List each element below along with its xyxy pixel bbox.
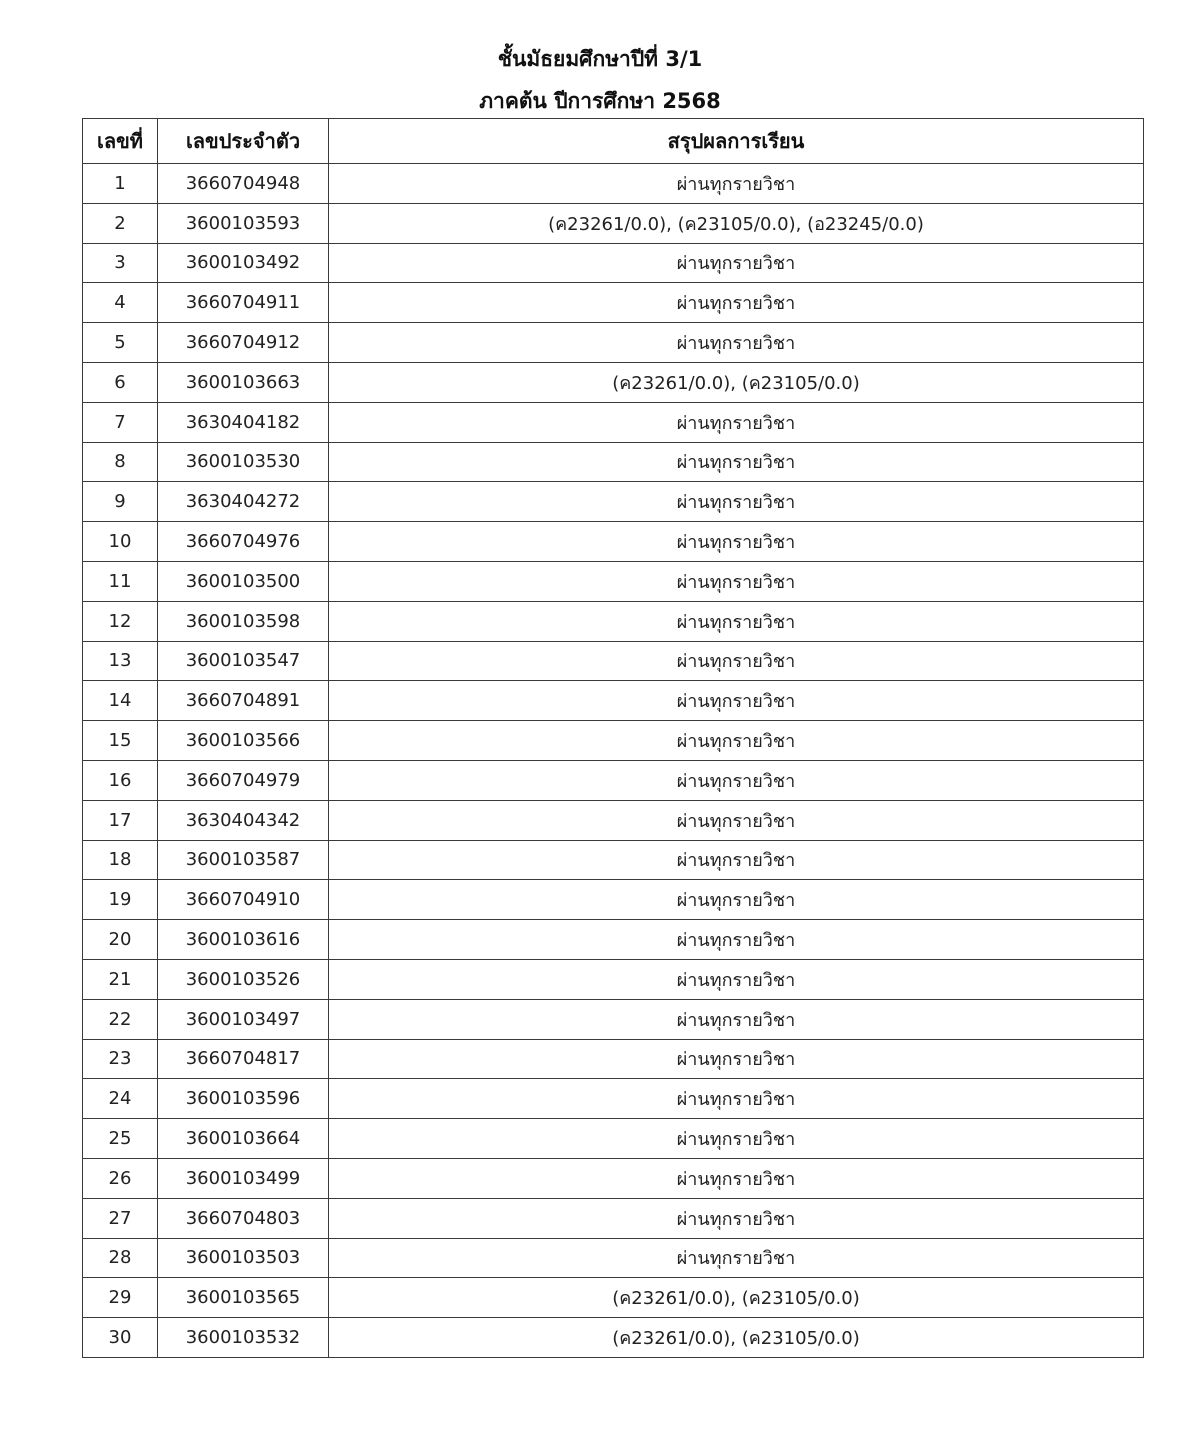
cell-student-id: 3600103664 — [158, 1119, 329, 1159]
cell-result-summary: ผ่านทุกรายวิชา — [329, 1158, 1144, 1198]
table-row: 203600103616ผ่านทุกรายวิชา — [83, 920, 1144, 960]
cell-student-id: 3660704948 — [158, 164, 329, 204]
cell-student-id: 3660704817 — [158, 1039, 329, 1079]
cell-number: 27 — [83, 1198, 158, 1238]
table-row: 193660704910ผ่านทุกรายวิชา — [83, 880, 1144, 920]
table-row: 213600103526ผ่านทุกรายวิชา — [83, 959, 1144, 999]
cell-number: 28 — [83, 1238, 158, 1278]
cell-result-summary: ผ่านทุกรายวิชา — [329, 800, 1144, 840]
cell-result-summary: ผ่านทุกรายวิชา — [329, 243, 1144, 283]
cell-student-id: 3600103565 — [158, 1278, 329, 1318]
cell-student-id: 3600103547 — [158, 641, 329, 681]
cell-result-summary: ผ่านทุกรายวิชา — [329, 482, 1144, 522]
cell-result-summary: ผ่านทุกรายวิชา — [329, 641, 1144, 681]
cell-number: 30 — [83, 1318, 158, 1358]
cell-student-id: 3660704911 — [158, 283, 329, 323]
table-row: 153600103566ผ่านทุกรายวิชา — [83, 721, 1144, 761]
document-title-class: ชั้นมัธยมศึกษาปีที่ 3/1 — [0, 44, 1200, 74]
table-row: 223600103497ผ่านทุกรายวิชา — [83, 999, 1144, 1039]
table-row: 73630404182ผ่านทุกรายวิชา — [83, 402, 1144, 442]
results-table: เลขที่ เลขประจำตัว สรุปผลการเรียน 136607… — [82, 118, 1144, 1358]
cell-result-summary: ผ่านทุกรายวิชา — [329, 1039, 1144, 1079]
cell-student-id: 3600103532 — [158, 1318, 329, 1358]
cell-student-id: 3600103566 — [158, 721, 329, 761]
cell-number: 13 — [83, 641, 158, 681]
cell-number: 9 — [83, 482, 158, 522]
table-row: 23600103593(ค23261/0.0), (ค23105/0.0), (… — [83, 203, 1144, 243]
cell-number: 15 — [83, 721, 158, 761]
cell-result-summary: ผ่านทุกรายวิชา — [329, 164, 1144, 204]
cell-number: 17 — [83, 800, 158, 840]
cell-number: 1 — [83, 164, 158, 204]
cell-result-summary: (ค23261/0.0), (ค23105/0.0) — [329, 362, 1144, 402]
table-row: 113600103500ผ่านทุกรายวิชา — [83, 561, 1144, 601]
cell-number: 20 — [83, 920, 158, 960]
table-row: 93630404272ผ่านทุกรายวิชา — [83, 482, 1144, 522]
cell-student-id: 3660704976 — [158, 522, 329, 562]
cell-result-summary: (ค23261/0.0), (ค23105/0.0) — [329, 1278, 1144, 1318]
cell-number: 3 — [83, 243, 158, 283]
cell-number: 26 — [83, 1158, 158, 1198]
cell-result-summary: ผ่านทุกรายวิชา — [329, 283, 1144, 323]
cell-student-id: 3660704803 — [158, 1198, 329, 1238]
cell-result-summary: ผ่านทุกรายวิชา — [329, 681, 1144, 721]
cell-student-id: 3600103598 — [158, 601, 329, 641]
cell-number: 16 — [83, 760, 158, 800]
cell-student-id: 3600103616 — [158, 920, 329, 960]
cell-student-id: 3600103587 — [158, 840, 329, 880]
results-table-header: เลขที่ เลขประจำตัว สรุปผลการเรียน — [83, 119, 1144, 164]
table-row: 63600103663(ค23261/0.0), (ค23105/0.0) — [83, 362, 1144, 402]
cell-result-summary: ผ่านทุกรายวิชา — [329, 1119, 1144, 1159]
cell-result-summary: ผ่านทุกรายวิชา — [329, 920, 1144, 960]
cell-number: 5 — [83, 323, 158, 363]
cell-result-summary: ผ่านทุกรายวิชา — [329, 880, 1144, 920]
cell-number: 7 — [83, 402, 158, 442]
cell-result-summary: ผ่านทุกรายวิชา — [329, 999, 1144, 1039]
cell-number: 25 — [83, 1119, 158, 1159]
document-title-term: ภาคต้น ปีการศึกษา 2568 — [0, 86, 1200, 116]
table-row: 283600103503ผ่านทุกรายวิชา — [83, 1238, 1144, 1278]
cell-number: 12 — [83, 601, 158, 641]
table-row: 303600103532(ค23261/0.0), (ค23105/0.0) — [83, 1318, 1144, 1358]
table-row: 173630404342ผ่านทุกรายวิชา — [83, 800, 1144, 840]
cell-student-id: 3660704979 — [158, 760, 329, 800]
cell-number: 18 — [83, 840, 158, 880]
cell-result-summary: ผ่านทุกรายวิชา — [329, 402, 1144, 442]
cell-result-summary: ผ่านทุกรายวิชา — [329, 1079, 1144, 1119]
cell-result-summary: ผ่านทุกรายวิชา — [329, 840, 1144, 880]
table-row: 293600103565(ค23261/0.0), (ค23105/0.0) — [83, 1278, 1144, 1318]
cell-student-id: 3600103530 — [158, 442, 329, 482]
cell-student-id: 3600103663 — [158, 362, 329, 402]
cell-result-summary: ผ่านทุกรายวิชา — [329, 561, 1144, 601]
cell-number: 4 — [83, 283, 158, 323]
cell-number: 2 — [83, 203, 158, 243]
cell-student-id: 3600103499 — [158, 1158, 329, 1198]
cell-number: 6 — [83, 362, 158, 402]
cell-number: 29 — [83, 1278, 158, 1318]
table-row: 183600103587ผ่านทุกรายวิชา — [83, 840, 1144, 880]
cell-number: 11 — [83, 561, 158, 601]
table-row: 143660704891ผ่านทุกรายวิชา — [83, 681, 1144, 721]
header-row: เลขที่ เลขประจำตัว สรุปผลการเรียน — [83, 119, 1144, 164]
cell-student-id: 3600103593 — [158, 203, 329, 243]
cell-student-id: 3630404272 — [158, 482, 329, 522]
cell-student-id: 3600103497 — [158, 999, 329, 1039]
table-row: 273660704803ผ่านทุกรายวิชา — [83, 1198, 1144, 1238]
column-header-result-summary: สรุปผลการเรียน — [329, 119, 1144, 164]
cell-student-id: 3660704891 — [158, 681, 329, 721]
cell-number: 21 — [83, 959, 158, 999]
column-header-number: เลขที่ — [83, 119, 158, 164]
cell-student-id: 3630404182 — [158, 402, 329, 442]
table-row: 103660704976ผ่านทุกรายวิชา — [83, 522, 1144, 562]
cell-result-summary: ผ่านทุกรายวิชา — [329, 1198, 1144, 1238]
cell-result-summary: ผ่านทุกรายวิชา — [329, 522, 1144, 562]
cell-number: 22 — [83, 999, 158, 1039]
table-row: 43660704911ผ่านทุกรายวิชา — [83, 283, 1144, 323]
table-row: 233660704817ผ่านทุกรายวิชา — [83, 1039, 1144, 1079]
table-row: 243600103596ผ่านทุกรายวิชา — [83, 1079, 1144, 1119]
cell-result-summary: ผ่านทุกรายวิชา — [329, 442, 1144, 482]
table-row: 253600103664ผ่านทุกรายวิชา — [83, 1119, 1144, 1159]
cell-student-id: 3630404342 — [158, 800, 329, 840]
cell-number: 19 — [83, 880, 158, 920]
cell-student-id: 3600103503 — [158, 1238, 329, 1278]
cell-result-summary: ผ่านทุกรายวิชา — [329, 323, 1144, 363]
cell-student-id: 3600103596 — [158, 1079, 329, 1119]
results-table-body: 13660704948ผ่านทุกรายวิชา23600103593(ค23… — [83, 164, 1144, 1358]
cell-number: 14 — [83, 681, 158, 721]
table-row: 123600103598ผ่านทุกรายวิชา — [83, 601, 1144, 641]
cell-student-id: 3600103492 — [158, 243, 329, 283]
cell-result-summary: ผ่านทุกรายวิชา — [329, 721, 1144, 761]
cell-student-id: 3600103526 — [158, 959, 329, 999]
cell-number: 8 — [83, 442, 158, 482]
column-header-student-id: เลขประจำตัว — [158, 119, 329, 164]
cell-student-id: 3660704910 — [158, 880, 329, 920]
cell-number: 23 — [83, 1039, 158, 1079]
cell-result-summary: ผ่านทุกรายวิชา — [329, 760, 1144, 800]
cell-result-summary: ผ่านทุกรายวิชา — [329, 1238, 1144, 1278]
cell-result-summary: ผ่านทุกรายวิชา — [329, 959, 1144, 999]
table-row: 163660704979ผ่านทุกรายวิชา — [83, 760, 1144, 800]
table-row: 13660704948ผ่านทุกรายวิชา — [83, 164, 1144, 204]
cell-result-summary: (ค23261/0.0), (ค23105/0.0), (อ23245/0.0) — [329, 203, 1144, 243]
table-row: 83600103530ผ่านทุกรายวิชา — [83, 442, 1144, 482]
cell-number: 10 — [83, 522, 158, 562]
cell-result-summary: (ค23261/0.0), (ค23105/0.0) — [329, 1318, 1144, 1358]
table-row: 53660704912ผ่านทุกรายวิชา — [83, 323, 1144, 363]
cell-student-id: 3600103500 — [158, 561, 329, 601]
cell-number: 24 — [83, 1079, 158, 1119]
cell-result-summary: ผ่านทุกรายวิชา — [329, 601, 1144, 641]
table-row: 33600103492ผ่านทุกรายวิชา — [83, 243, 1144, 283]
cell-student-id: 3660704912 — [158, 323, 329, 363]
table-row: 133600103547ผ่านทุกรายวิชา — [83, 641, 1144, 681]
table-row: 263600103499ผ่านทุกรายวิชา — [83, 1158, 1144, 1198]
